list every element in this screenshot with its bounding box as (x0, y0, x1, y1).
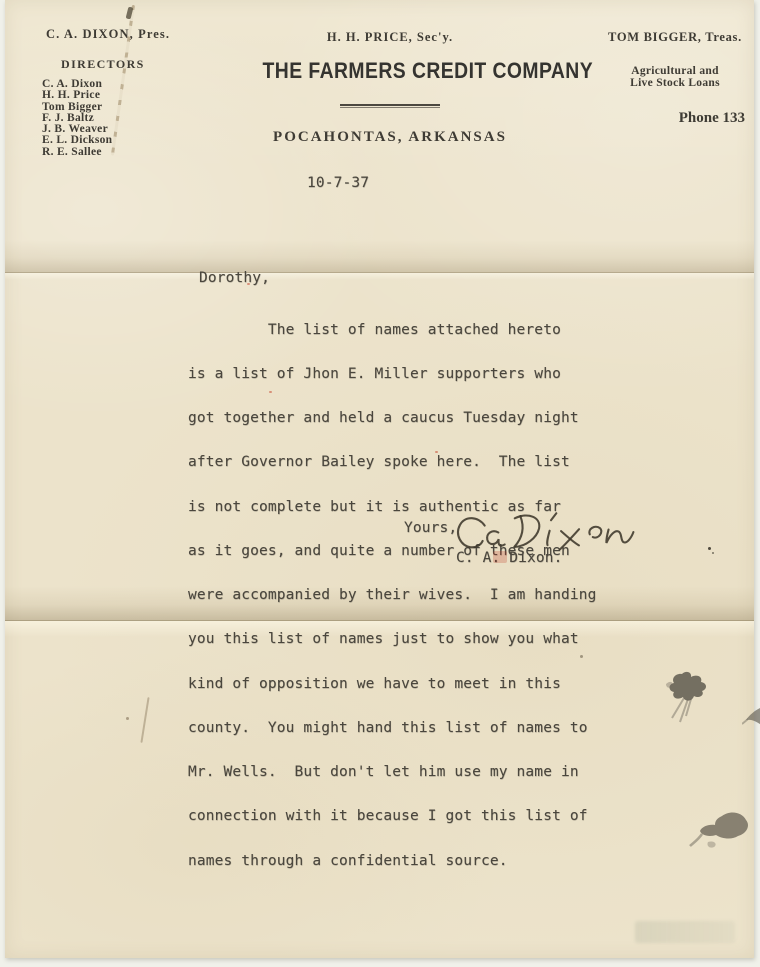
city-line: POCAHONTAS, ARKANSAS (240, 129, 540, 146)
president-title: C. A. DIXON, Pres. (46, 27, 170, 42)
directors-heading: DIRECTORS (61, 57, 145, 72)
company-name-text: THE FARMERS CREDIT COMPANY (263, 58, 594, 84)
red-ribbon-speck (247, 283, 250, 285)
red-ribbon-speck (435, 451, 438, 453)
letter-paper: C. A. DIXON, Pres. DIRECTORS C. A. Dixon… (5, 0, 754, 958)
ink-blot-upper (658, 666, 714, 728)
ink-speck (708, 547, 711, 550)
body-line: after Governor Bailey spoke here. The li… (188, 455, 596, 470)
body-line: county. You might hand this list of name… (188, 721, 596, 736)
pencil-scratch-mark (140, 697, 149, 743)
red-ribbon-tint (493, 551, 507, 563)
body-line: connection with it because I got this li… (188, 809, 596, 824)
scan-background: C. A. DIXON, Pres. DIRECTORS C. A. Dixon… (0, 0, 760, 967)
secretary-title: H. H. PRICE, Sec'y. (240, 30, 540, 45)
salutation: Dorothy, (199, 270, 270, 286)
signature-typed-name: C. A. Dixon. (456, 550, 563, 566)
dust-speck (580, 655, 583, 658)
body-line: you this list of names just to show you … (188, 632, 596, 647)
ink-blot-lower (688, 806, 756, 854)
masthead-rule (340, 104, 440, 108)
tagline-line-2: Live Stock Loans (605, 78, 745, 90)
director-name: H. H. Price (42, 90, 112, 101)
ink-smear-edge (742, 700, 760, 738)
directors-list: C. A. Dixon H. H. Price Tom Bigger F. J.… (42, 79, 112, 158)
body-line: names through a confidential source. (188, 854, 596, 869)
treasurer-title: TOM BIGGER, Treas. (605, 30, 745, 45)
body-line: The list of names attached hereto (188, 323, 596, 338)
services-tagline: Agricultural and Live Stock Loans (605, 66, 745, 89)
director-name: R. E. Sallee (42, 147, 112, 158)
body-line: were accompanied by their wives. I am ha… (188, 588, 596, 603)
ink-speck (712, 552, 714, 554)
fold-crease-top-shadow (5, 240, 754, 272)
red-ribbon-speck (269, 391, 272, 393)
body-line: kind of opposition we have to meet in th… (188, 677, 596, 692)
body-line: got together and held a caucus Tuesday n… (188, 411, 596, 426)
faint-stamp-mark (635, 921, 735, 943)
date-line: 10-7-37 (307, 175, 369, 191)
phone-number: Phone 133 (605, 110, 747, 127)
body-line: is a list of Jhon E. Miller supporters w… (188, 367, 596, 382)
letter-body: The list of names attached hereto is a l… (188, 293, 596, 898)
fold-crease-top-highlight (5, 273, 754, 280)
body-line: Mr. Wells. But don't let him use my name… (188, 765, 596, 780)
tagline-line-1: Agricultural and (605, 66, 745, 78)
company-name: THE FARMERS CREDIT COMPANY (240, 58, 540, 84)
dust-speck (126, 717, 129, 720)
